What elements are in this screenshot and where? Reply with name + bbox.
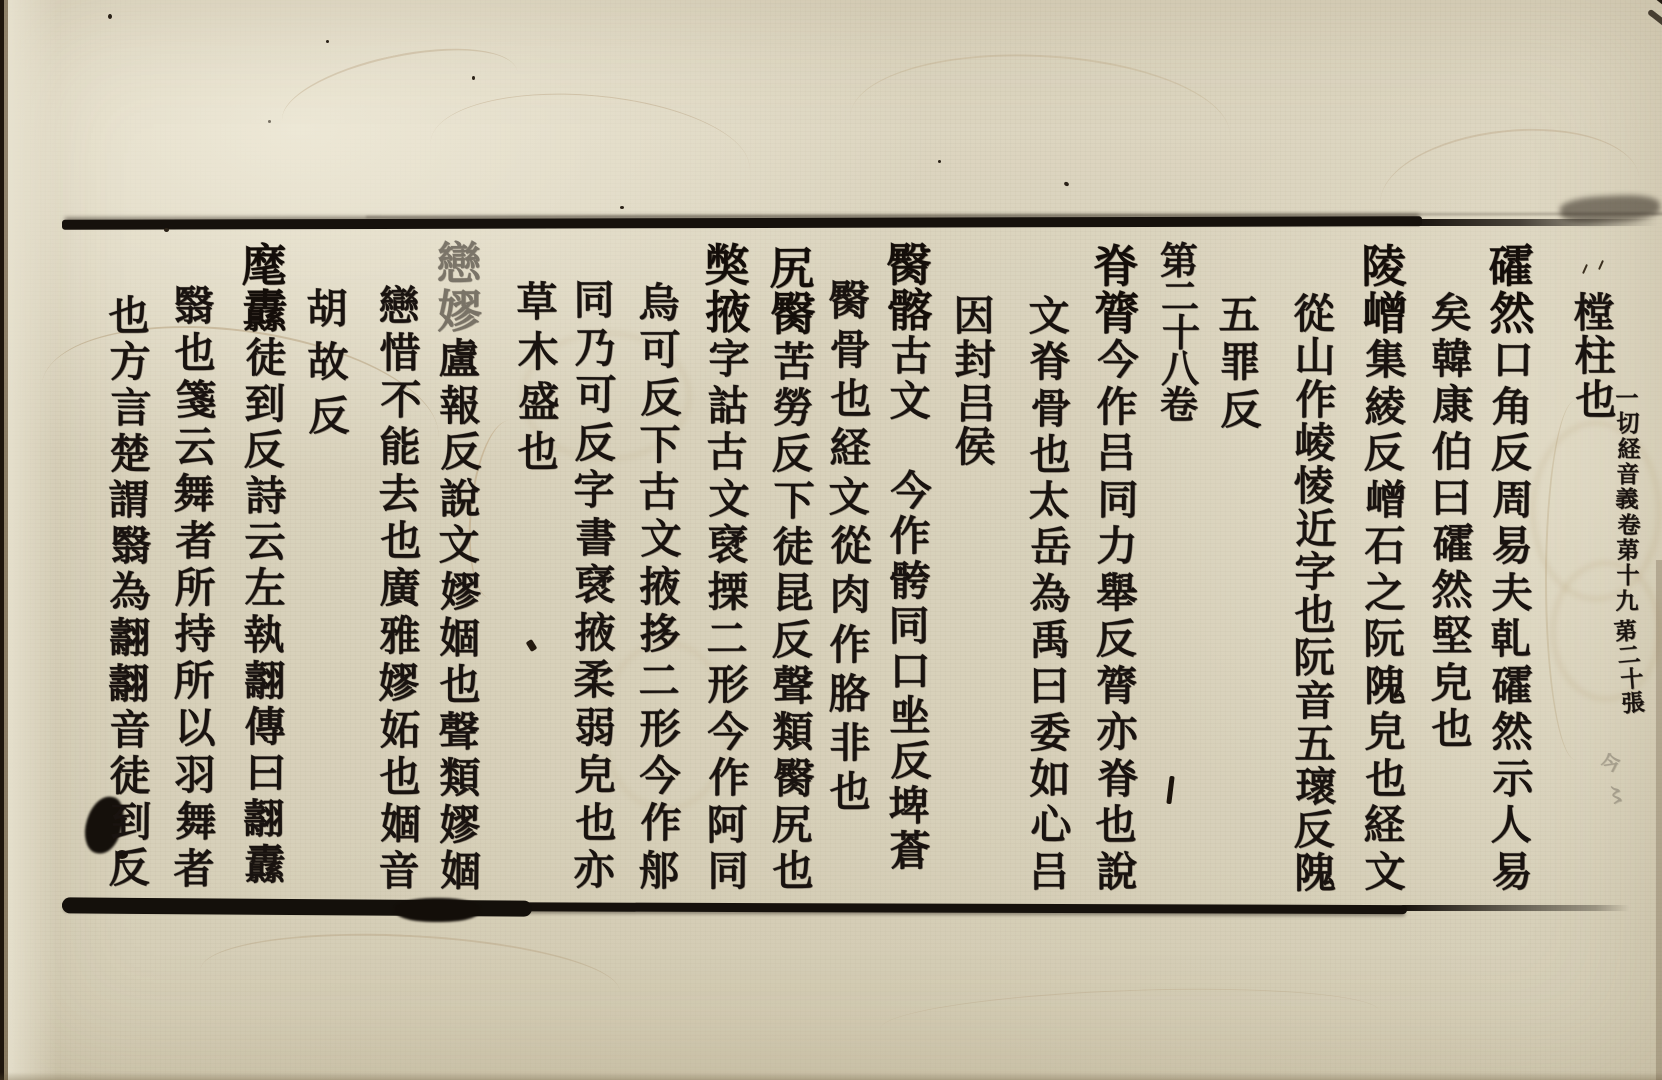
headword-glyph: 纛 [235, 289, 295, 335]
glyph: 婟 [371, 801, 431, 848]
glyph: 堅 [1422, 613, 1482, 659]
glyph: 左 [235, 565, 295, 611]
glyph: 臋 [764, 756, 824, 803]
headword-glyph: 臋 [879, 244, 939, 289]
glyph: 羽 [165, 752, 225, 799]
glyph: 也 [371, 518, 431, 565]
entry-enuo-col2: 烏可反下古文掖拸二形今作郍 [630, 280, 690, 895]
glyph: 然 [1422, 567, 1482, 613]
entry-jilv-col2: 文脊骨也太岳為禹曰委如心吕 [1020, 293, 1080, 895]
glyph: 字 [564, 467, 624, 515]
glyph: 惜 [370, 330, 430, 377]
ink-speck [268, 120, 271, 123]
glyph: 伯 [1422, 429, 1482, 475]
glyph: 反 [1211, 386, 1271, 434]
glyph: 到 [101, 799, 161, 845]
paper-left-highlight [8, 0, 58, 1080]
top-border-rule [62, 216, 1422, 230]
glyph: 因 [944, 295, 1004, 339]
glyph: 字 [1285, 551, 1345, 594]
glyph: 也 [763, 848, 823, 894]
glyph: 者 [166, 517, 226, 564]
ink-tick [526, 639, 538, 652]
glyph: 音 [369, 848, 429, 895]
glyph: 胡 [297, 283, 357, 337]
glyph: 周 [1483, 476, 1543, 523]
glyph: 草 [507, 277, 567, 327]
glyph: 礭 [1423, 521, 1483, 568]
scroll-label-sheet: 苐二十張 [1596, 618, 1662, 719]
glyph: 韓 [1422, 336, 1482, 382]
glyph: 石 [1355, 523, 1415, 570]
glyph: 音 [1285, 680, 1345, 723]
glyph: 阮 [1284, 637, 1344, 680]
glyph: 從 [821, 522, 881, 571]
glyph: 說 [1087, 849, 1147, 896]
glyph: 二 [1150, 280, 1210, 316]
glyph: 集 [1356, 337, 1416, 384]
glyph: 盧 [429, 336, 489, 383]
glyph: 之 [1355, 570, 1415, 617]
scroll-sheet: 一切経音義卷苐十九苐二十張今〻樘柱也礭然口角反周易夫乹礭然示人易矣韓康伯曰礭然堅… [0, 0, 1662, 1080]
glyph: 張 [1602, 689, 1662, 718]
entry-queran-col2: 矣韓康伯曰礭然堅皃也 [1422, 290, 1482, 752]
headword-glyph: 臋 [763, 292, 823, 338]
glyph: 反 [762, 617, 822, 664]
glyph: 反 [762, 431, 822, 478]
headword-glyph: 戀 [429, 240, 489, 288]
glyph: 作 [699, 755, 759, 802]
glyph: 第 [1149, 244, 1209, 280]
glyph: 嫪 [431, 569, 491, 616]
glyph: 曰 [1421, 475, 1481, 522]
glyph: 嫪 [369, 659, 429, 706]
glyph: 侯 [945, 426, 1005, 470]
glyph: 掖 [630, 564, 690, 611]
glyph: 如 [1020, 756, 1080, 802]
glyph: 聲 [763, 663, 823, 709]
glyph: 反 [1354, 430, 1414, 477]
glyph: 礭 [1482, 663, 1542, 710]
glyph: 文 [880, 379, 940, 424]
glyph: 也 [1422, 706, 1482, 752]
headword-glyph: 獘 [697, 243, 757, 290]
entry-jilv-col1: 脊膂今作吕同力舉反膂亦脊也說 [1087, 244, 1147, 895]
glyph: 蒼 [880, 829, 940, 874]
glyph: 徒 [100, 753, 160, 799]
glyph: 文 [1355, 849, 1415, 896]
glyph: 瓌 [1286, 766, 1346, 809]
glyph: 所 [164, 658, 224, 705]
ink-blob-on-rule [395, 898, 480, 922]
glyph: 柱 [1565, 335, 1625, 378]
glyph: 角 [1482, 384, 1542, 431]
entry-tunqia-col2: 臋骨也経文從肉作胳非也 [820, 277, 880, 817]
glyph: 経 [820, 424, 880, 473]
glyph: 委 [1020, 710, 1080, 756]
glyph: 人 [1481, 802, 1541, 849]
corner-stain [1647, 9, 1662, 30]
glyph: 反 [631, 374, 691, 422]
glyph: 九 [1597, 588, 1657, 614]
scroll-label-marks: 今〻 [1580, 744, 1648, 816]
glyph: 十 [1598, 563, 1658, 588]
glyph: 夫 [1482, 570, 1542, 617]
glyph: 雅 [370, 613, 430, 660]
glyph: 今 [1088, 337, 1148, 384]
glyph: 昆 [763, 570, 823, 616]
glyph: 易 [1482, 849, 1542, 896]
glyph: 也 [1020, 432, 1080, 478]
glyph: 嶒 [1356, 476, 1416, 523]
glyph: 骻 [880, 559, 940, 604]
glyph: 方 [100, 339, 160, 385]
glyph: 也 [1086, 802, 1146, 849]
glyph: 吕 [1019, 848, 1079, 895]
glyph: 太 [1019, 478, 1079, 525]
headword-glyph: 然 [1482, 291, 1542, 338]
glyph: 矣 [1421, 290, 1481, 337]
glyph: 作 [1286, 379, 1346, 422]
paper-bottom-edge [0, 1072, 1662, 1080]
entry-queran-col1: 礭然口角反周易夫乹礭然示人易 [1482, 244, 1542, 895]
glyph: 文 [1019, 293, 1079, 340]
glyph: 反 [565, 420, 625, 468]
glyph: 書 [566, 514, 626, 562]
headword-glyph: 麾 [234, 243, 294, 289]
glyph: 作 [1087, 384, 1147, 431]
glyph: 皃 [565, 752, 625, 800]
glyph: 阮 [1354, 616, 1414, 663]
glyph: 妬 [370, 707, 430, 754]
glyph: 十 [1151, 316, 1211, 352]
glyph: 苐 [1598, 538, 1658, 563]
glyph: 可 [630, 327, 690, 374]
glyph: 可 [566, 372, 626, 420]
glyph: 嫪 [430, 802, 490, 849]
glyph: 岳 [1021, 524, 1081, 571]
entry-lianlao-col1: 盧報反說文嫪婟也聲類嫪婟 [430, 336, 490, 895]
glyph: 郍 [629, 847, 689, 895]
glyph: 也 [370, 754, 430, 801]
glyph: 以 [165, 705, 225, 752]
glyph: 拸 [630, 611, 690, 658]
glyph: 字 [699, 336, 759, 383]
glyph: 聲 [429, 708, 489, 755]
glyph: 口 [880, 649, 940, 694]
entry-lianlao-col2: 戀惜不能去也廣雅嫪妬也婟音 [370, 283, 430, 895]
entry-enuo-col3: 同乃可反字書裦掖柔弱皃也亦 [565, 277, 625, 895]
glyph: 下 [630, 422, 690, 469]
section-heading: 第二十八卷 [1150, 244, 1210, 424]
glyph: 也 [820, 768, 880, 817]
glyph: 近 [1286, 508, 1346, 551]
entry-kaotun-col1: 尻臋苦勞反下徒昆反聲類臋尻也 [763, 246, 823, 895]
glyph: 箋 [166, 377, 226, 424]
glyph: 舞 [166, 799, 226, 846]
glyph: 康 [1423, 382, 1483, 429]
headword-glyph: 嫪 [430, 288, 490, 336]
glyph: 也 [1356, 755, 1416, 802]
glyph: 文 [631, 516, 691, 564]
glyph: 下 [764, 478, 824, 525]
glyph: 苦 [764, 338, 824, 385]
ink-speck [472, 76, 475, 80]
glyph: 文 [699, 476, 759, 523]
glyph: 言 [101, 385, 161, 431]
glyph: 作 [631, 800, 691, 848]
glyph: 乹 [1481, 616, 1541, 663]
glyph: 為 [100, 569, 160, 615]
glyph: 反 [99, 845, 159, 891]
glyph: 烏 [629, 280, 689, 328]
glyph: 反 [431, 429, 491, 476]
glyph: 者 [164, 846, 224, 893]
glyph: 崚 [1285, 422, 1345, 465]
glyph: 経 [1599, 436, 1659, 462]
glyph: 楚 [100, 431, 160, 477]
glyph: 詁 [698, 383, 758, 430]
glyph: 義 [1597, 487, 1657, 513]
glyph: 形 [630, 706, 690, 753]
glyph: 反 [881, 739, 941, 784]
glyph: 亦 [1087, 709, 1147, 756]
glyph: 十 [1601, 665, 1662, 694]
glyph: 形 [698, 662, 758, 709]
glyph: 纛 [235, 842, 295, 888]
entry-jilv-col3: 因封吕侯 [945, 295, 1005, 470]
entry-lingceng-col1: 陵嶒集綾反嶒石之阮隗皃也経文 [1355, 244, 1415, 895]
glyph: 翿 [235, 658, 295, 704]
entry-lingceng-col2: 從山作崚㥄近字也阮音五瓌反隗 [1285, 293, 1345, 895]
glyph: 骨 [1021, 385, 1081, 432]
glyph: 類 [763, 709, 823, 755]
glyph: 五 [1209, 292, 1269, 340]
glyph: 裦 [698, 522, 758, 569]
glyph: 裦 [565, 562, 625, 610]
glyph: 同 [564, 277, 624, 325]
glyph: 五 [1285, 723, 1345, 766]
paper-fiber [847, 45, 1234, 207]
entry-huidao-col2: 翳也箋云舞者所持所以羽舞者 [165, 283, 225, 893]
glyph: 類 [430, 755, 490, 802]
bottom-border-rule-right [1400, 905, 1630, 911]
glyph: 古 [697, 429, 757, 476]
glyph: 文 [429, 522, 489, 569]
glyph: 云 [165, 424, 225, 471]
glyph: 謂 [99, 477, 159, 523]
glyph: 曰 [1019, 663, 1079, 710]
glyph: 臋 [819, 277, 879, 326]
headword-glyph: 脊 [1086, 244, 1146, 291]
glyph: 反 [1284, 809, 1344, 852]
glyph: 亦 [564, 847, 624, 895]
glyph: 古 [881, 334, 941, 379]
glyph: 皃 [1355, 709, 1415, 756]
glyph: 皃 [1421, 659, 1481, 706]
glyph: 膂 [1087, 663, 1147, 710]
glyph: 搮 [698, 569, 758, 616]
glyph: 易 [1482, 523, 1542, 570]
glyph: 隗 [1355, 663, 1415, 710]
glyph: 舉 [1087, 570, 1147, 617]
glyph: 今 [881, 469, 941, 514]
glyph: 舞 [164, 471, 224, 518]
glyph: 古 [629, 469, 689, 517]
glyph: 隗 [1285, 852, 1345, 895]
glyph: 胳 [819, 669, 879, 718]
glyph: 禹 [1020, 617, 1080, 663]
headword-glyph: 嶒 [1355, 291, 1415, 338]
glyph: 也 [1566, 378, 1626, 422]
entry-huidao-col1: 麾纛徒到反詩云左執翿傳曰翿纛 [235, 243, 295, 888]
glyph: 不 [371, 377, 431, 424]
glyph: 翳 [101, 523, 161, 569]
glyph: 二 [697, 615, 757, 662]
paper-fiber [879, 981, 1381, 1059]
glyph: 從 [1284, 293, 1344, 336]
glyph: 吕 [946, 382, 1006, 426]
glyph: 也 [508, 427, 568, 477]
glyph: 音 [100, 707, 160, 753]
scratch-mark [1598, 260, 1604, 270]
headword-glyph: 陵 [1354, 244, 1414, 291]
glyph: 也 [566, 800, 626, 848]
glyph: 婟 [430, 615, 490, 662]
glyph: 同 [879, 604, 939, 649]
glyph: 同 [698, 848, 758, 895]
glyph: 乃 [565, 325, 625, 373]
glyph: 也 [99, 293, 159, 339]
glyph: 作 [880, 514, 940, 559]
glyph: 反 [299, 389, 359, 443]
glyph: 弱 [565, 705, 625, 753]
glyph: 心 [1021, 802, 1081, 849]
glyph: 作 [820, 621, 880, 670]
headword-glyph: 礭 [1481, 244, 1541, 291]
glyph: 封 [945, 339, 1005, 383]
glyph: 示 [1483, 755, 1543, 802]
headword-glyph: 掖 [698, 290, 758, 337]
glyph: 掖 [565, 610, 625, 658]
ink-speck [1063, 181, 1069, 187]
paper-fiber [198, 924, 622, 1038]
glyph: 所 [165, 565, 225, 612]
ink-speck [620, 206, 624, 209]
glyph: 脊 [1088, 755, 1148, 802]
glyph: 山 [1285, 336, 1345, 379]
glyph: 傳 [235, 704, 295, 750]
headword-glyph: 髂 [880, 289, 940, 334]
glyph: 然 [1482, 709, 1542, 756]
glyph: 反 [1086, 616, 1146, 663]
glyph: 口 [1483, 337, 1543, 384]
glyph: 尻 [762, 802, 822, 849]
entry-huidao-col3: 也方言楚謂翳為翿翿音徒到反 [100, 293, 160, 891]
glyph: 去 [369, 471, 429, 518]
glyph: 勞 [763, 385, 823, 431]
glyph: 㥄 [1284, 465, 1344, 508]
glyph: 反 [234, 427, 294, 473]
glyph: 也 [1285, 594, 1345, 637]
glyph: 文 [819, 473, 879, 522]
glyph: 木 [508, 327, 568, 377]
entry-lianlao-head: 戀嫪 [430, 240, 490, 336]
glyph: 脊 [1020, 339, 1080, 385]
glyph: 㘴 [880, 694, 940, 739]
glyph: 卷 [1599, 512, 1659, 538]
glyph: 徒 [236, 335, 296, 381]
entry-enuo-col4: 草木盛也 [508, 277, 568, 477]
scratch-mark [1582, 264, 1588, 274]
glyph: 云 [235, 519, 295, 565]
ink-speck [164, 228, 169, 232]
glyph: 徒 [763, 524, 823, 570]
glyph: 音 [1598, 462, 1658, 487]
glyph: 故 [298, 336, 358, 389]
glyph: 戀 [369, 283, 429, 330]
glyph: 詩 [236, 473, 296, 519]
glyph: 阿 [697, 802, 757, 849]
entry-lingceng-col3: 五罪反 [1210, 292, 1270, 434]
glyph: 肉 [820, 571, 880, 620]
ink-speck [108, 14, 112, 19]
glyph: 力 [1087, 523, 1147, 570]
glyph: 婟 [431, 848, 491, 895]
ink-speck [326, 40, 329, 43]
glyph: 廣 [370, 565, 430, 612]
glyph: 反 [1481, 430, 1541, 477]
glyph: 翿 [99, 661, 159, 707]
glyph: 今 [630, 753, 690, 800]
glyph: 說 [430, 476, 490, 523]
glyph: 二 [629, 658, 689, 706]
ink-tick [1166, 776, 1174, 804]
glyph: 也 [821, 375, 881, 424]
glyph: 盛 [509, 377, 569, 427]
glyph: 非 [820, 719, 880, 768]
glyph: 卷 [1149, 388, 1209, 424]
glyph: 柔 [564, 657, 624, 705]
glyph: 綾 [1355, 384, 1415, 431]
glyph: 到 [235, 381, 295, 427]
headword-glyph: 膂 [1087, 291, 1147, 338]
glyph: 経 [1354, 802, 1414, 849]
entry-enuo-col1: 獘掖字詁古文裦搮二形今作阿同 [698, 243, 758, 895]
glyph: 罪 [1210, 339, 1270, 386]
entry-lianlao-col3: 胡故反 [298, 283, 358, 443]
glyph: 𦞠 [879, 424, 939, 469]
glyph: 能 [370, 424, 430, 471]
glyph: 骨 [820, 326, 880, 375]
glyph: 今 [698, 709, 758, 756]
glyph: 為 [1020, 571, 1080, 617]
glyph: 翿 [100, 615, 160, 661]
glyph: 執 [234, 611, 294, 657]
glyph: 同 [1088, 476, 1148, 523]
glyph: 翿 [234, 796, 294, 842]
glyph: 也 [165, 330, 225, 377]
glyph: 翳 [164, 283, 224, 330]
glyph: 報 [430, 383, 490, 430]
glyph: 八 [1150, 352, 1210, 388]
glyph: 吕 [1086, 430, 1146, 477]
headword-glyph: 尻 [762, 246, 822, 293]
glyph: 也 [430, 662, 490, 709]
paper-fiber [425, 81, 754, 229]
ink-speck [938, 160, 941, 163]
glyph: 埤 [879, 784, 939, 829]
